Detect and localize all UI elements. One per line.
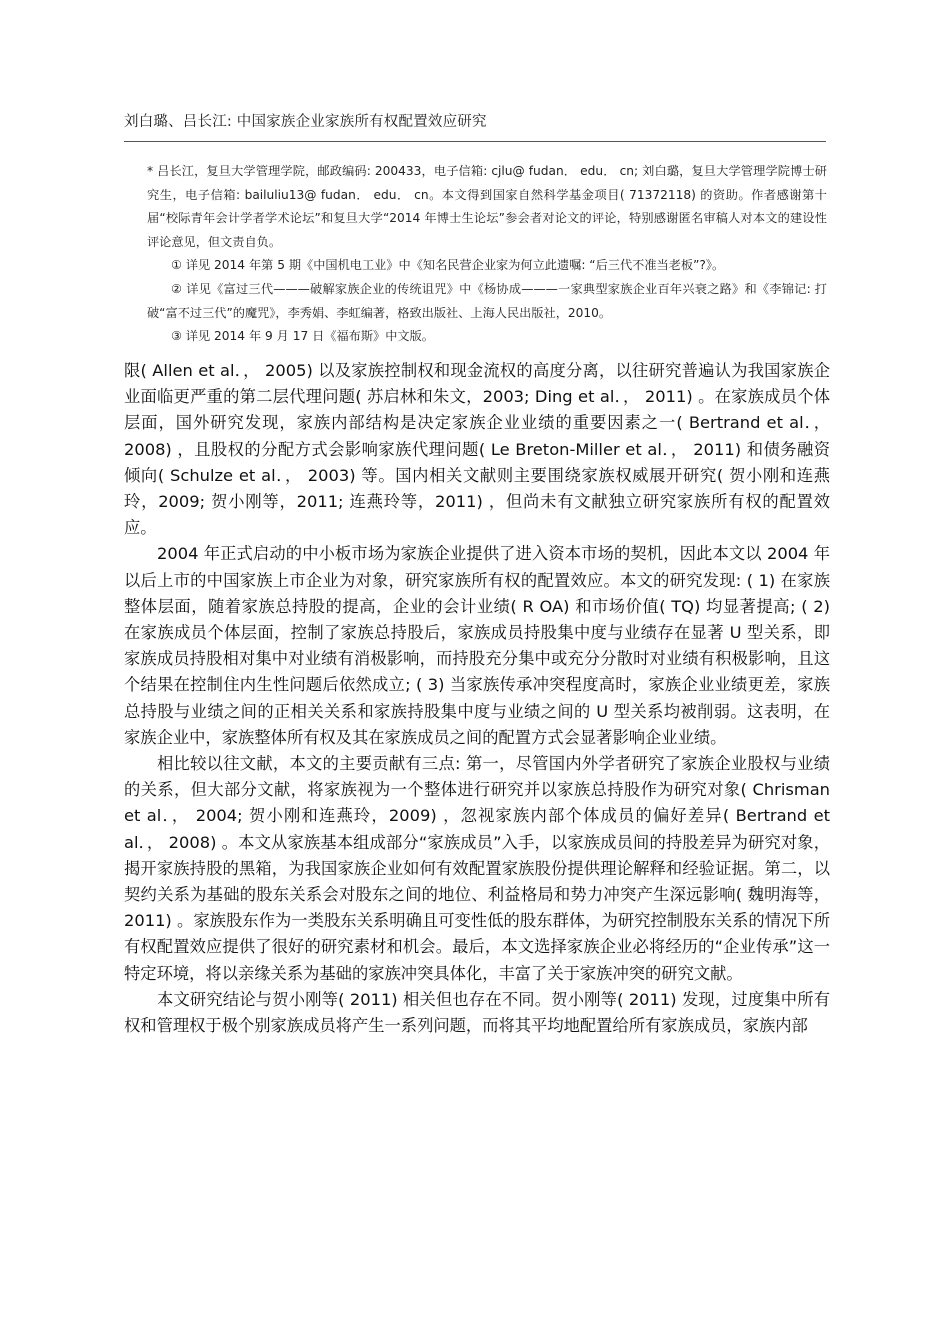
paragraph: 相比较以往文献，本文的主要贡献有三点: 第一，尽管国内外学者研究了家族企业股权与…	[124, 751, 830, 987]
running-header: 刘白璐、吕长江: 中国家族企业家族所有权配置效应研究	[124, 112, 826, 132]
footnote-2: ② 详见《富过三代———破解家族企业的传统诅咒》中《杨协成———一家典型家族企业…	[147, 278, 827, 325]
footnote-2-text: ② 详见《富过三代———破解家族企业的传统诅咒》中《杨协成———一家典型家族企业…	[147, 282, 827, 320]
paragraph: 本文研究结论与贺小刚等( 2011) 相关但也存在不同。贺小刚等( 2011) …	[124, 987, 830, 1039]
paragraph: 2004 年正式启动的中小板市场为家族企业提供了进入资本市场的契机，因此本文以 …	[124, 541, 830, 751]
footnote-1: ① 详见 2014 年第 5 期《中国机电工业》中《知名民营企业家为何立此遗嘱:…	[147, 254, 827, 278]
footnotes: * 吕长江，复旦大学管理学院，邮政编码: 200433，电子信箱: cjlu@ …	[147, 160, 827, 349]
running-title: 刘白璐、吕长江: 中国家族企业家族所有权配置效应研究	[124, 112, 826, 132]
body-text: 限( Allen et al．， 2005) 以及家族控制权和现金流权的高度分离…	[124, 358, 830, 1039]
footnote-3-text: ③ 详见 2014 年 9 月 17 日《福布斯》中文版。	[171, 329, 434, 343]
footnote-3: ③ 详见 2014 年 9 月 17 日《福布斯》中文版。	[147, 325, 827, 349]
footnote-1-text: ① 详见 2014 年第 5 期《中国机电工业》中《知名民营企业家为何立此遗嘱:…	[171, 258, 724, 272]
footnote-author: * 吕长江，复旦大学管理学院，邮政编码: 200433，电子信箱: cjlu@ …	[147, 160, 827, 254]
paragraph: 限( Allen et al．， 2005) 以及家族控制权和现金流权的高度分离…	[124, 358, 830, 541]
footnote-author-text: * 吕长江，复旦大学管理学院，邮政编码: 200433，电子信箱: cjlu@ …	[147, 164, 827, 249]
header-divider	[124, 141, 826, 142]
